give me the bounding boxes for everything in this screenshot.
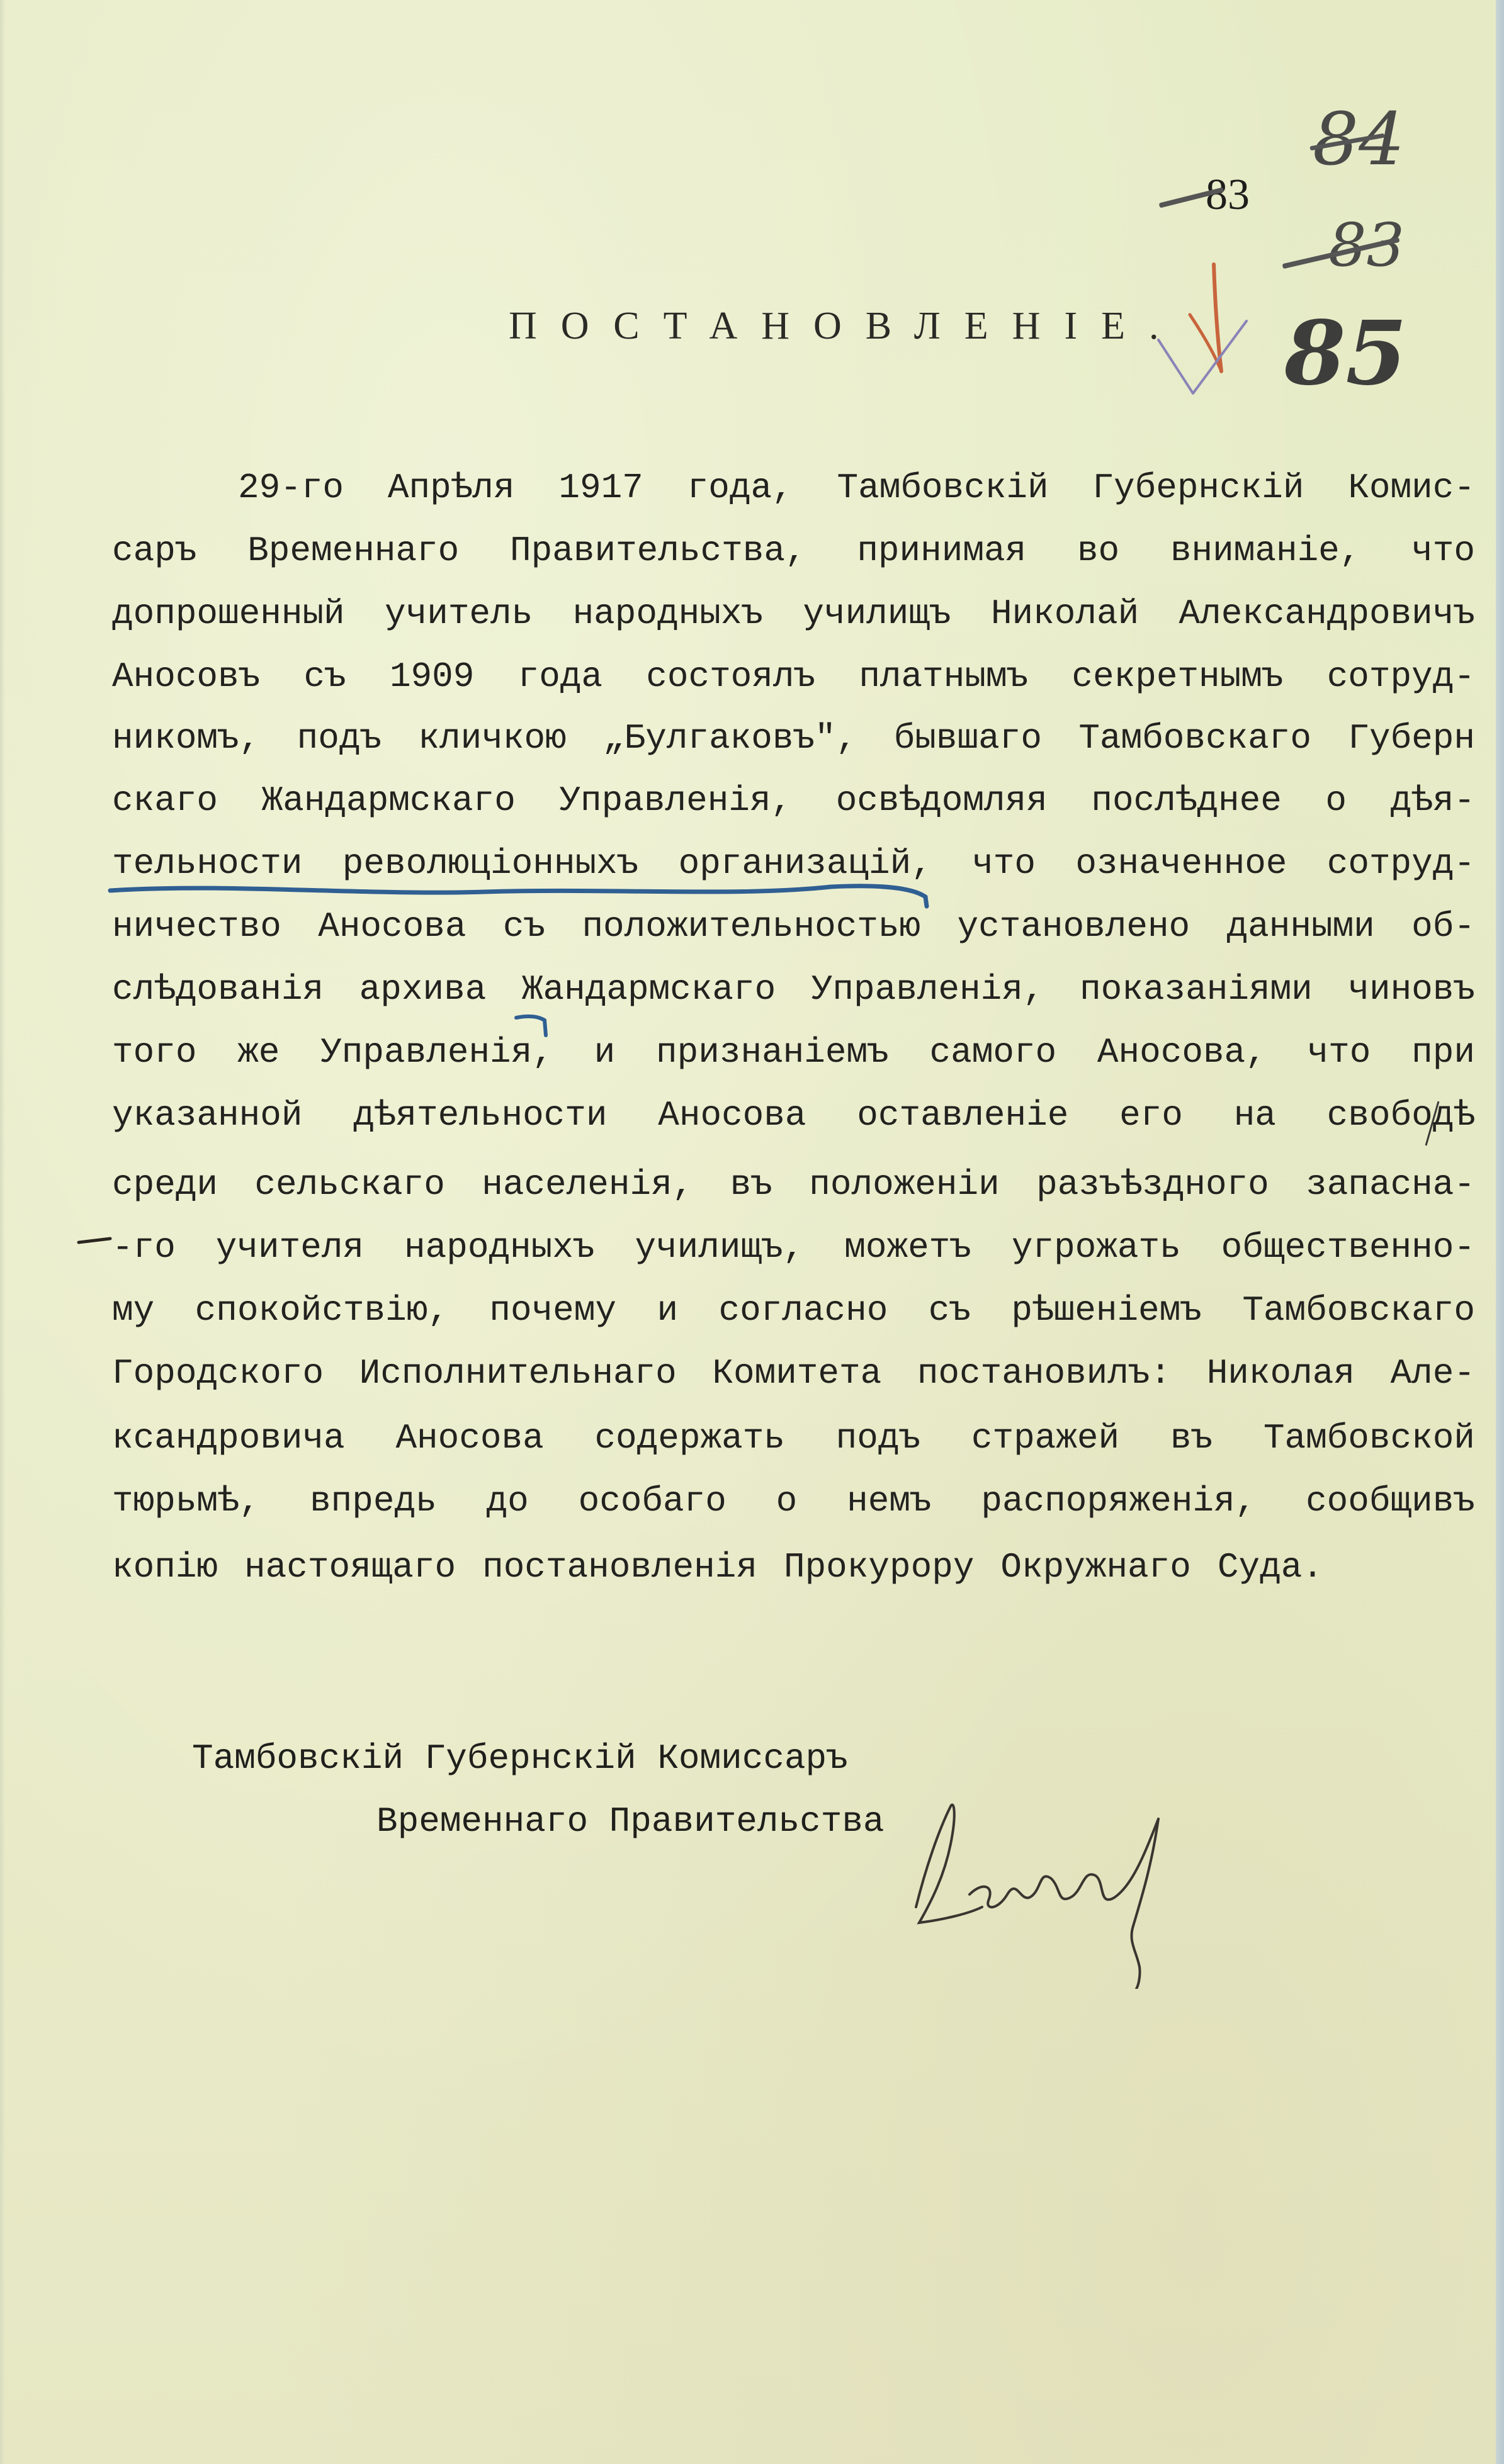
body-line: никомъ,подъкличкою„Булгаковъ",бывшагоТам… [112,713,1475,763]
body-word: Аносова [658,1090,806,1140]
body-word: впредь [310,1476,437,1526]
body-word: учитель [385,588,533,639]
stamped-folio-number: 83 [1206,170,1250,220]
body-word: народныхъ [404,1222,594,1273]
signature-title-line1: Тамбовскій Губернскій Комиссаръ [192,1738,848,1779]
body-word: учителя [216,1222,364,1273]
body-word: Николая [1207,1348,1355,1398]
body-line: указаннойдѣятельностиАносоваоставленіеег… [112,1090,1475,1140]
blue-tick-mark [513,1010,563,1048]
body-word: тюрьмѣ, [112,1476,260,1526]
body-word: -го [112,1222,176,1273]
body-word: Аносова, [1097,1027,1267,1077]
body-word: Аносова [395,1413,543,1463]
body-word: особаго [579,1476,727,1526]
body-word: Тамбовскій [837,463,1049,513]
body-word: „Булгаковъ", [603,713,857,763]
body-word: указанной [112,1090,302,1140]
handwritten-signature [894,1775,1247,1989]
body-word: никомъ, [112,713,260,763]
body-word: чиновъ [1348,964,1475,1015]
body-word: му [112,1285,154,1336]
page-left-edge [0,0,5,2464]
body-word: означенное [1075,838,1287,889]
body-word: училищъ, [635,1222,804,1273]
body-word: во [1077,526,1119,576]
body-word: его [1119,1090,1183,1140]
body-word: состоялъ [646,651,815,702]
body-word: Правительства, [510,526,806,576]
body-line: слѣдованіяархиваЖандармскагоУправленія,п… [112,964,1475,1015]
body-word: настоящаго [244,1542,456,1592]
body-line: -гоучителянародныхъучилищъ,можетъугрожат… [112,1222,1475,1273]
body-word: года [518,651,602,702]
body-word: постановленія [482,1542,757,1592]
body-word: распоряженія, [981,1476,1256,1526]
body-word: бывшаго [894,713,1042,763]
body-line: ксандровичаАносовасодержатьподъстражейвъ… [112,1413,1475,1463]
body-word: показаніями [1080,964,1313,1015]
body-word: немъ [847,1476,931,1526]
body-word: среди [112,1159,218,1210]
body-word: Временнаго [247,526,459,576]
body-line: 29-гоАпрѣля1917года,ТамбовскійГубернскій… [238,463,1475,513]
pencil-slash-mark [1420,1098,1445,1149]
body-word: Але- [1391,1348,1475,1398]
body-word: въ [730,1159,772,1210]
body-word: о [776,1476,798,1526]
body-word: Николай [991,588,1139,639]
body-word: общественно- [1221,1222,1475,1273]
body-word: ксандровича [112,1413,345,1463]
body-word: данными [1227,901,1375,952]
body-word: и [594,1027,616,1077]
body-word: народныхъ [573,588,763,639]
body-word: съ [929,1285,971,1336]
body-word: свободѣ [1327,1090,1475,1140]
body-word: Комис- [1348,463,1475,513]
body-word: допрошенный [112,588,345,639]
body-word: училищъ [803,588,951,639]
body-word: 29-го [238,463,344,513]
body-word: 1909 [390,651,474,702]
body-line: муспокойствію,почемуисогласносърѣшеніемъ… [112,1285,1475,1336]
body-word: копію [112,1542,218,1592]
body-word: самого [930,1027,1057,1077]
body-word: архива [359,964,487,1015]
body-word: Окружнаго [1000,1542,1190,1592]
body-word: платнымъ [859,651,1028,702]
body-word: рѣшеніемъ [1011,1285,1201,1336]
body-word: того [112,1027,196,1077]
page-right-edge [1496,0,1504,2464]
body-word: кличкою [418,713,566,763]
body-word: и [657,1285,678,1336]
body-word: что [1411,526,1475,576]
body-word: согласно [718,1285,888,1336]
body-word: положеніи [809,1159,999,1210]
body-line: ГородскогоИсполнительнагоКомитетапостано… [112,1348,1475,1398]
body-word: сообщивъ [1306,1476,1475,1526]
blue-underline-mark [107,878,938,916]
body-word: Суда. [1218,1542,1323,1592]
body-word: дѣя- [1391,775,1475,826]
body-word: почему [489,1285,616,1336]
body-word: подъ [836,1413,920,1463]
body-word: спокойствію, [195,1285,449,1336]
body-word: Жандармскаго [522,964,776,1015]
body-word: въ [1170,1413,1213,1463]
body-word: Жандармскаго [262,775,516,826]
body-word: запасна- [1306,1159,1475,1210]
body-word: можетъ [844,1222,971,1273]
body-word: съ [303,651,346,702]
body-word: что [1308,1027,1371,1077]
body-word: угрожать [1012,1222,1181,1273]
body-word: освѣдомляя [836,775,1048,826]
body-line: копіюнастоящагопостановленіяПрокуроруОкр… [112,1542,1371,1592]
body-word: установлено [958,901,1190,952]
body-word: саръ [112,526,196,576]
body-word: содержать [594,1413,784,1463]
body-line: тюрьмѣ,впредьдоособагоонемъраспоряженія,… [112,1476,1475,1526]
body-word: Губерн [1348,713,1475,763]
body-word: года, [687,463,793,513]
body-line: саръВременнагоПравительства,принимаявовн… [112,526,1475,576]
signature-title-line2: Временнаго Правительства [376,1801,885,1842]
body-word: разъѣздного [1036,1159,1269,1210]
body-word: Прокурору [784,1542,974,1592]
body-word: Тамбовскаго [1242,1285,1475,1336]
body-word: постановилъ: [917,1348,1171,1398]
body-word: до [487,1476,529,1526]
body-word: сотруд- [1327,651,1475,702]
body-word: Городского [112,1348,324,1398]
body-word: сельскаго [254,1159,444,1210]
body-word: подъ [297,713,382,763]
body-word: Управленія, [811,964,1044,1015]
body-word: Тамбовской [1264,1413,1475,1463]
body-word: 1917 [558,463,643,513]
body-word: на [1234,1090,1276,1140]
body-word: признаніемъ [656,1027,889,1077]
body-word: послѣднее [1091,775,1281,826]
body-word: Аносовъ [112,651,260,702]
body-word: Тамбовскаго [1078,713,1311,763]
body-word: Александровичъ [1179,588,1475,639]
body-word: Апрѣля [388,463,515,513]
body-word: слѣдованія [112,964,324,1015]
document-title: ПОСТАНОВЛЕНІЕ. [509,304,1182,349]
body-line: Аносовъсъ1909годасостоялъплатнымъсекретн… [112,651,1475,702]
body-word: Управленія, [559,775,792,826]
body-word: секретнымъ [1071,651,1283,702]
body-word: принимая [857,526,1026,576]
pencil-folio-number-current: 85 [1284,302,1407,405]
body-line: средисельскагонаселенія,въположеніиразъѣ… [112,1159,1475,1210]
body-word: Губернскій [1092,463,1304,513]
body-word: вниманіе, [1170,526,1360,576]
body-word: дѣятельности [353,1090,607,1140]
body-word: стражей [971,1413,1119,1463]
body-word: оставленіе [857,1090,1068,1140]
body-word: сотруд- [1327,838,1475,889]
body-line: скагоЖандармскагоУправленія,освѣдомляяпо… [112,775,1475,826]
body-word: скаго [112,775,218,826]
body-word: при [1411,1027,1475,1077]
body-word: что [972,838,1036,889]
body-line: допрошенныйучительнародныхъучилищъНикола… [112,588,1475,639]
body-word: населенія, [482,1159,693,1210]
body-line: тогожеУправленія,ипризнаніемъсамогоАносо… [112,1027,1475,1077]
body-word: Исполнительнаго [359,1348,677,1398]
body-word: о [1325,775,1347,826]
body-word: же [237,1027,280,1077]
body-word: Комитета [712,1348,881,1398]
ink-dash-mark [76,1235,113,1247]
body-word: об- [1411,901,1475,952]
